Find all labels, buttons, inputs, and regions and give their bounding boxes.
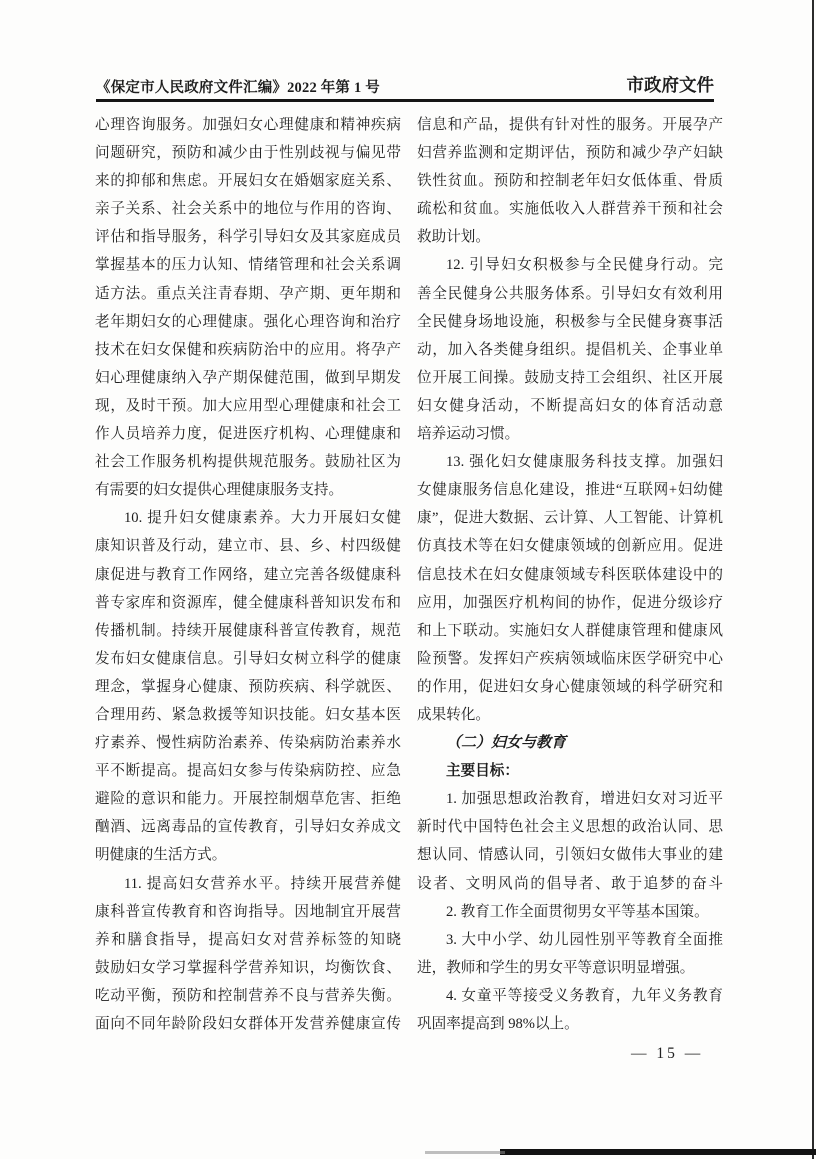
text-line: 避险的意识和能力。开展控制烟草危害、拒绝 (95, 785, 401, 813)
text-line: 和上下联动。实施妇女人群健康管理和健康风 (417, 617, 723, 645)
text-line: 进，教师和学生的男女平等意识明显增强。 (417, 954, 723, 982)
text-line: 全民健身场地设施，积极参与全民健身赛事活 (417, 308, 723, 336)
text-line: （二）妇女与教育 (417, 729, 723, 757)
text-line: 妇营养监测和定期评估，预防和减少孕产妇缺 (417, 139, 723, 167)
text-line: 康科普宣传教育和咨询指导。因地制宜开展营 (95, 898, 401, 926)
text-line: 老年期妇女的心理健康。强化心理咨询和治疗 (95, 308, 401, 336)
text-line: 面向不同年龄阶段妇女群体开发营养健康宣传 (95, 1010, 401, 1038)
text-line: 康促进与教育工作网络，建立完善各级健康科 (95, 561, 401, 589)
text-line: 问题研究，预防和减少由于性别歧视与偏见带 (95, 139, 401, 167)
text-line: 疏松和贫血。实施低收入人群营养干预和社会 (417, 195, 723, 223)
text-line: 心理咨询服务。加强妇女心理健康和精神疾病 (95, 111, 401, 139)
scan-edge-bottom (500, 1149, 816, 1155)
two-column-body: 心理咨询服务。加强妇女心理健康和精神疾病问题研究，预防和减少由于性别歧视与偏见带… (95, 111, 723, 1038)
text-line: 康知识普及行动，建立市、县、乡、村四级健 (95, 532, 401, 560)
text-line: 13. 强化妇女健康服务科技支撑。加强妇 (417, 448, 723, 476)
text-line: 来的抑郁和焦虑。开展妇女在婚姻家庭关系、 (95, 167, 401, 195)
text-line: 平不断提高。提高妇女参与传染病防控、应急 (95, 757, 401, 785)
text-line: 新时代中国特色社会主义思想的政治认同、思 (417, 813, 723, 841)
text-line: 传播机制。持续开展健康科普宣传教育，规范 (95, 617, 401, 645)
text-line: 10. 提升妇女健康素养。大力开展妇女健 (95, 504, 401, 532)
text-line: 设者、文明风尚的倡导者、敢于追梦的奋斗者。 (417, 870, 723, 898)
text-line: 明健康的生活方式。 (95, 841, 401, 869)
scan-edge-bottom-faint (425, 1151, 505, 1154)
text-line: 鼓励妇女学习掌握科学营养知识，均衡饮食、 (95, 954, 401, 982)
text-line: 应用，加强医疗机构间的协作，促进分级诊疗 (417, 589, 723, 617)
text-line: 发布妇女健康信息。引导妇女树立科学的健康 (95, 645, 401, 673)
text-line: 成果转化。 (417, 701, 723, 729)
text-line: 疗素养、慢性病防治素养、传染病防治素养水 (95, 729, 401, 757)
text-line: 险预警。发挥妇产疾病领域临床医学研究中心 (417, 645, 723, 673)
text-line: 有需要的妇女提供心理健康服务支持。 (95, 476, 401, 504)
left-column: 心理咨询服务。加强妇女心理健康和精神疾病问题研究，预防和减少由于性别歧视与偏见带… (95, 111, 401, 1038)
text-line: 11. 提高妇女营养水平。持续开展营养健 (95, 870, 401, 898)
right-column: 信息和产品，提供有针对性的服务。开展孕产妇营养监测和定期评估，预防和减少孕产妇缺… (417, 111, 723, 1038)
text-line: 作人员培养力度，促进医疗机构、心理健康和 (95, 420, 401, 448)
text-line: 康”，促进大数据、云计算、人工智能、计算机 (417, 504, 723, 532)
text-line: 妇女健身活动，不断提高妇女的体育活动意识， (417, 392, 723, 420)
text-line: 女健康服务信息化建设，推进“互联网+妇幼健 (417, 476, 723, 504)
text-line: 善全民健身公共服务体系。引导妇女有效利用 (417, 280, 723, 308)
text-line: 养和膳食指导，提高妇女对营养标签的知晓率， (95, 926, 401, 954)
text-line: 培养运动习惯。 (417, 420, 723, 448)
document-category-label: 市政府文件 (627, 72, 715, 97)
text-line: 巩固率提高到 98%以上。 (417, 1010, 723, 1038)
text-line: 理念，掌握身心健康、预防疾病、科学就医、 (95, 673, 401, 701)
text-line: 位开展工间操。鼓励支持工会组织、社区开展 (417, 364, 723, 392)
text-line: 普专家库和资源库，健全健康科普知识发布和 (95, 589, 401, 617)
text-line: 的作用，促进妇女身心健康领域的科学研究和 (417, 673, 723, 701)
text-line: 主要目标： (417, 757, 723, 785)
header-rule (96, 99, 714, 102)
text-line: 3. 大中小学、幼儿园性别平等教育全面推 (417, 926, 723, 954)
text-line: 铁性贫血。预防和控制老年妇女低体重、骨质 (417, 167, 723, 195)
text-line: 妇心理健康纳入孕产期保健范围，做到早期发 (95, 364, 401, 392)
text-line: 信息技术在妇女健康领域专科医联体建设中的 (417, 561, 723, 589)
text-line: 适方法。重点关注青春期、孕产期、更年期和 (95, 280, 401, 308)
text-line: 动，加入各类健身组织。提倡机关、企事业单 (417, 336, 723, 364)
text-line: 社会工作服务机构提供规范服务。鼓励社区为 (95, 448, 401, 476)
text-line: 1. 加强思想政治教育，增进妇女对习近平 (417, 785, 723, 813)
text-line: 合理用药、紧急救援等知识技能。妇女基本医 (95, 701, 401, 729)
text-line: 12. 引导妇女积极参与全民健身行动。完 (417, 251, 723, 279)
scan-edge-right (812, 0, 814, 1159)
text-line: 评估和指导服务，科学引导妇女及其家庭成员 (95, 223, 401, 251)
text-line: 现，及时干预。加大应用型心理健康和社会工 (95, 392, 401, 420)
text-line: 信息和产品，提供有针对性的服务。开展孕产 (417, 111, 723, 139)
page-number: — 15 — (631, 1045, 703, 1063)
text-line: 4. 女童平等接受义务教育，九年义务教育 (417, 982, 723, 1010)
text-line: 酗酒、远离毒品的宣传教育，引导妇女养成文 (95, 813, 401, 841)
text-line: 仿真技术等在妇女健康领域的创新应用。促进 (417, 532, 723, 560)
compilation-title: 《保定市人民政府文件汇编》2022 年第 1 号 (96, 76, 380, 97)
text-line: 亲子关系、社会关系中的地位与作用的咨询、 (95, 195, 401, 223)
text-line: 救助计划。 (417, 223, 723, 251)
text-line: 技术在妇女保健和疾病防治中的应用。将孕产 (95, 336, 401, 364)
text-line: 2. 教育工作全面贯彻男女平等基本国策。 (417, 898, 723, 926)
text-line: 掌握基本的压力认知、情绪管理和社会关系调 (95, 251, 401, 279)
text-line: 想认同、情感认同，引领妇女做伟大事业的建 (417, 841, 723, 869)
text-line: 吃动平衡，预防和控制营养不良与营养失衡。 (95, 982, 401, 1010)
